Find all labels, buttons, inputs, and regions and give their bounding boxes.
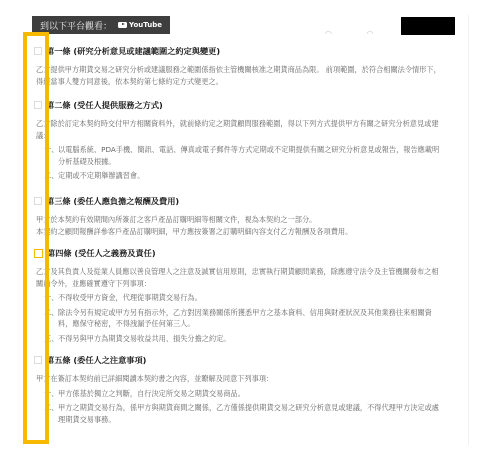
list-item-number: 二、: [44, 307, 58, 330]
article-title-text: 第三條 (委任人應負擔之報酬及費用): [46, 196, 179, 207]
list-item-text: 甲方之期貨交易行為，係甲方與期貨商間之關係，乙方僅係提供期貨交易之研究分析意見或…: [58, 402, 444, 425]
article-checkbox[interactable]: [34, 47, 42, 55]
list-item: 一、 以電腦系統、PDA手機、簡訊、電話、傳真或電子郵件等方式定期或不定期提供有…: [44, 144, 462, 167]
article-paragraph: 乙方除於訂定本契約時交付甲方相關資料外，就前條約定之期貨顧問服務範圍，得以下列方…: [36, 118, 462, 141]
list-item: 二、 除法令另有規定或甲方另有指示外，乙方對因業務關係所獲悉甲方之基本資料、信用…: [44, 307, 462, 330]
article-title: 第三條 (委任人應負擔之報酬及費用): [34, 194, 462, 208]
article-title-text: 第四條 (受任人之義務及責任): [47, 248, 156, 259]
youtube-link[interactable]: YouTube: [118, 21, 162, 29]
article-title: 第五條 (委任人之注意事項): [34, 353, 462, 367]
list-item: 一、 不得收受甲方資金，代理從事期貨交易行為。: [44, 292, 462, 304]
youtube-logo-icon: [118, 22, 127, 28]
list-item-number: 二、: [44, 402, 58, 425]
scroll-track[interactable]: [468, 15, 469, 445]
article-title: 第一條 (研究分析意見或建議範圍之約定與變更): [34, 44, 462, 58]
article-checkbox[interactable]: [34, 101, 42, 109]
youtube-label: YouTube: [129, 21, 162, 29]
watch-on-platform-bar[interactable]: 到以下平台觀看： YouTube: [32, 16, 170, 34]
article-checkbox[interactable]: [34, 356, 42, 364]
article-3: 第三條 (委任人應負擔之報酬及費用) 甲方於本契約有效期間內所簽訂之客戶產品訂購…: [32, 194, 462, 237]
list-item-number: 一、: [44, 144, 58, 167]
article-4: 第四條 (受任人之義務及責任) 乙方及其負責人及從業人員應以善良管理人之注意及誠…: [32, 246, 462, 344]
article-title-text: 第二條 (受任人提供服務之方式): [46, 100, 163, 111]
article-paragraph: 本契約之顧問報酬詳參客戶產品訂購明細，甲方應按簽署之訂購明細內容支付乙方報酬及各…: [36, 226, 462, 238]
article-paragraph: 乙方及其負責人及從業人員應以善良管理人之注意及誠實信用原則，忠實執行期貨顧問業務…: [36, 266, 462, 289]
list-item-number: 二、: [44, 170, 58, 182]
list-item: 一、 甲方係基於獨立之判斷，自行決定所交易之期貨交易商品。: [44, 388, 462, 400]
article-2: 第二條 (受任人提供服務之方式) 乙方除於訂定本契約時交付甲方相關資料外，就前條…: [32, 98, 462, 182]
watch-label: 到以下平台觀看：: [40, 19, 112, 32]
article-title-text: 第五條 (委任人之注意事項): [46, 355, 146, 366]
list-item-text: 定期或不定期舉辦講習會。: [58, 170, 444, 182]
article-5: 第五條 (委任人之注意事項) 甲方在簽訂本契約前已詳細閱讀本契約書之內容，並瞭解…: [32, 353, 462, 425]
list-item-number: 三、: [44, 333, 58, 345]
list-item: 二、 甲方之期貨交易行為，係甲方與期貨商間之關係，乙方僅係提供期貨交易之研究分析…: [44, 402, 462, 425]
redacted-block: [401, 17, 455, 35]
article-paragraph: 甲方在簽訂本契約前已詳細閱讀本契約書之內容，並瞭解及同意下列事項：: [36, 373, 462, 385]
list-item-number: 一、: [44, 292, 58, 304]
list-item-number: 一、: [44, 388, 58, 400]
article-title: 第四條 (受任人之義務及責任): [34, 246, 462, 260]
list-item-text: 以電腦系統、PDA手機、簡訊、電話、傳真或電子郵件等方式定期或不定期提供有關之研…: [58, 144, 444, 167]
article-checkbox[interactable]: [34, 249, 43, 258]
loading-spinner-icon: ◠ ◠: [325, 29, 390, 38]
article-title-text: 第一條 (研究分析意見或建議範圍之約定與變更): [46, 46, 220, 57]
article-paragraph: 甲方於本契約有效期間內所簽訂之客戶產品訂購明細等相關文件，視為本契約之一部分。: [36, 214, 462, 226]
list-item-text: 不得收受甲方資金，代理從事期貨交易行為。: [58, 292, 444, 304]
list-item-text: 甲方係基於獨立之判斷，自行決定所交易之期貨交易商品。: [58, 388, 444, 400]
article-checkbox[interactable]: [34, 197, 42, 205]
article-paragraph: 乙方提供甲方期貨交易之研究分析或建議服務之範圍係指依主管機關核准之期貨商品為限。…: [36, 64, 462, 87]
contract-page: 到以下平台觀看： YouTube ◠ ◠ 第一條 (研究分析意見或建議範圍之約定…: [0, 0, 492, 454]
article-title: 第二條 (受任人提供服務之方式): [34, 98, 462, 112]
article-1: 第一條 (研究分析意見或建議範圍之約定與變更) 乙方提供甲方期貨交易之研究分析或…: [32, 44, 462, 87]
list-item-text: 除法令另有規定或甲方另有指示外，乙方對因業務關係所獲悉甲方之基本資料、信用與財產…: [58, 307, 444, 330]
list-item-text: 不得另與甲方為期貨交易收益共用、損失分擔之約定。: [58, 333, 444, 345]
list-item: 三、 不得另與甲方為期貨交易收益共用、損失分擔之約定。: [44, 333, 462, 345]
list-item: 二、 定期或不定期舉辦講習會。: [44, 170, 462, 182]
